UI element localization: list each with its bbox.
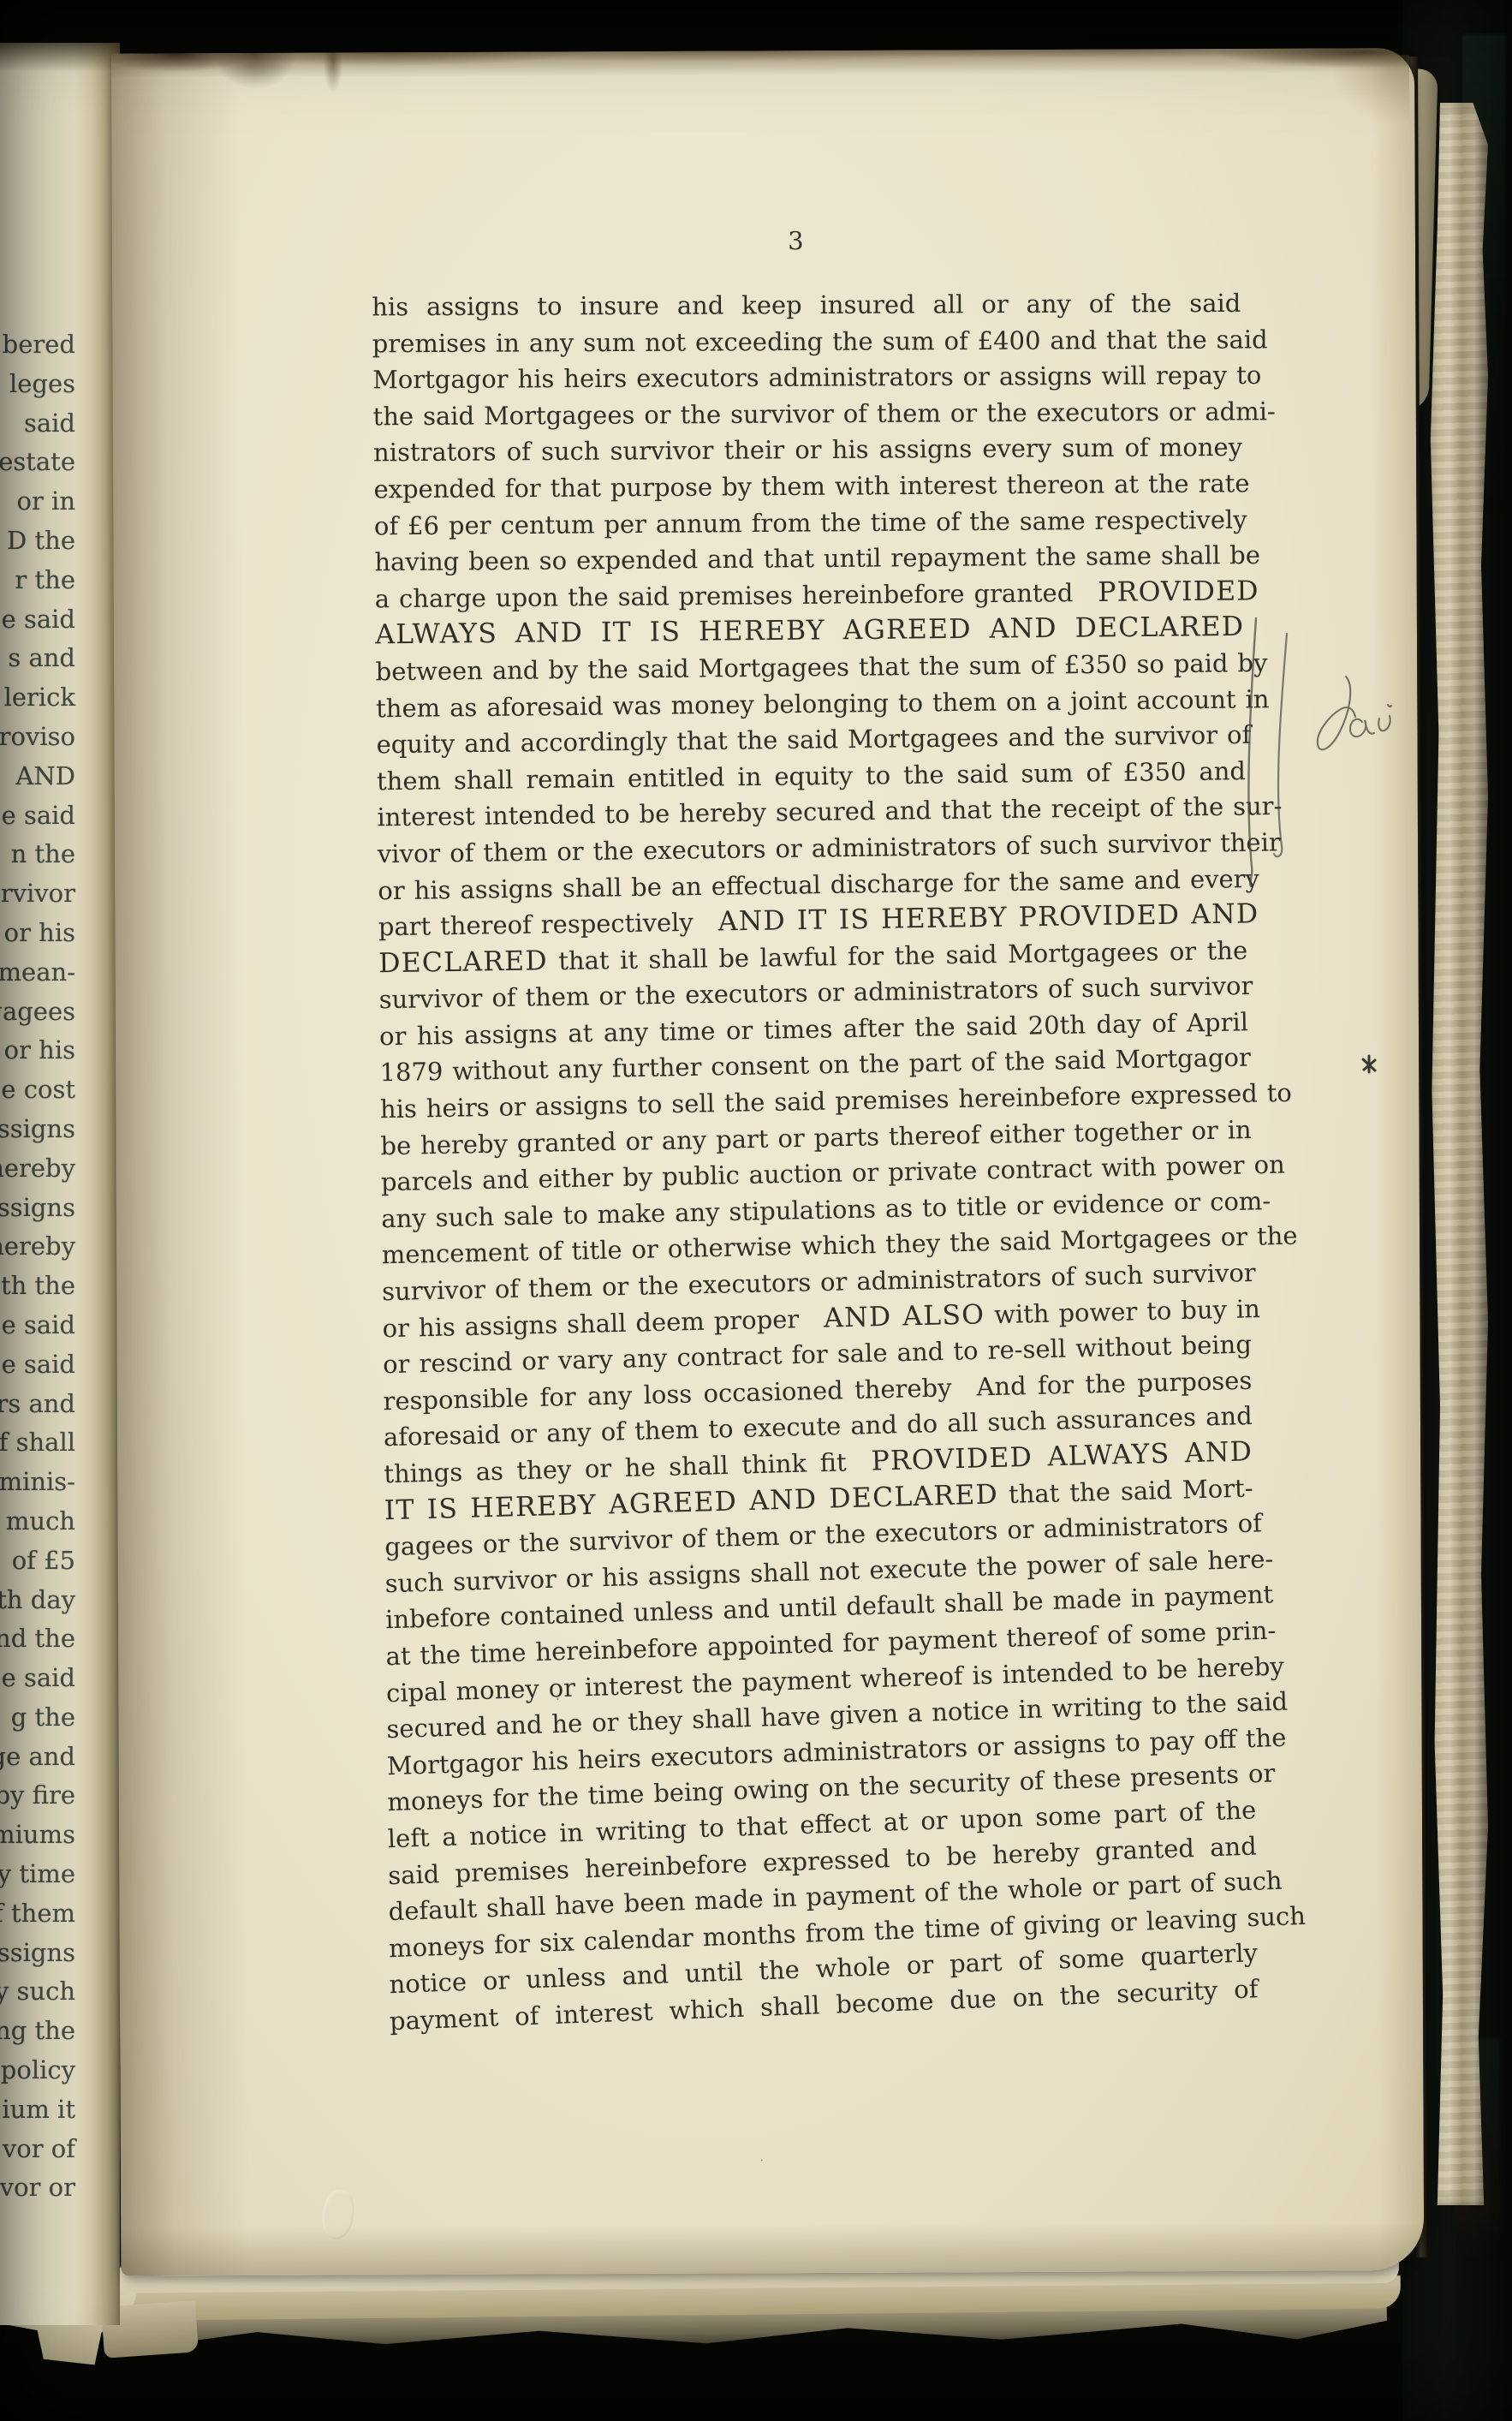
fragment-line: mean-: [0, 953, 79, 993]
fragment-line: much: [0, 1502, 79, 1541]
text-line: his assigns to insure and keep insured a…: [372, 285, 1241, 325]
fragment-line: hereby: [0, 1149, 79, 1189]
caps-phrase: AND ALSO: [824, 1299, 985, 1333]
caps-phrase: PROVIDED: [1098, 575, 1259, 608]
text-line: Mortgagor his heirs executors administra…: [372, 357, 1241, 398]
fragment-line: e said: [0, 796, 79, 836]
fragment-line: nd the: [0, 1619, 79, 1659]
text-line: nistrators of such survivor their or his…: [373, 429, 1242, 471]
fragment-line: leges: [0, 365, 79, 404]
fragment-line: or in: [0, 482, 79, 522]
caps-phrase: DECLARED: [378, 945, 548, 979]
fragment-line: roviso: [0, 718, 79, 757]
ink-speck: [1291, 1917, 1294, 1919]
fragment-line: ge and: [0, 1738, 79, 1777]
fragment-line: gagees: [0, 993, 79, 1032]
previous-page-text-fragments: beredlegessaidestateor inD ther thee sai…: [0, 325, 79, 2208]
fragment-line: e said: [0, 600, 79, 640]
fragment-line: estate: [0, 443, 79, 482]
fragment-line: or his: [0, 914, 79, 953]
fragment-line: r the: [0, 561, 79, 600]
ink-speck: [557, 1697, 558, 1700]
fragment-line: g the: [0, 1698, 79, 1738]
fragment-line: ssigns: [0, 1189, 79, 1228]
fragment-line: ng the: [0, 2012, 79, 2051]
fragment-line: AND: [0, 757, 79, 796]
fragment-line: said: [0, 404, 79, 444]
body-text: his assigns to insure and keep insured a…: [372, 285, 1248, 2040]
fragment-line: by fire: [0, 1776, 79, 1816]
fragment-line: policy: [0, 2051, 79, 2090]
fragment-line: n the: [0, 835, 79, 874]
fragment-line: or his: [0, 1031, 79, 1070]
corner-stain: [1272, 55, 1410, 176]
fragment-line: vor of: [0, 2130, 79, 2169]
fragment-line: lerick: [0, 678, 79, 718]
fragment-line: ium it: [0, 2090, 79, 2130]
caps-phrase: ALWAYS AND IT IS HEREBY AGREED AND DECLA…: [375, 611, 1244, 650]
fragment-line: e said: [0, 1306, 79, 1345]
fragment-line: hereby: [0, 1227, 79, 1267]
caps-phrase: AND IT IS HEREBY PROVIDED AND: [718, 898, 1259, 937]
document-page: 3 his assigns to insure and keep insured…: [111, 48, 1424, 2276]
fragment-line: miums: [0, 1816, 79, 1855]
text-line: premises in any sum not exceeding the su…: [372, 321, 1241, 361]
fragment-line: minis-: [0, 1463, 79, 1502]
fragment-line: y time: [0, 1855, 79, 1894]
fragment-line: e said: [0, 1659, 79, 1698]
fragment-line: ssigns: [0, 1110, 79, 1149]
fragment-line: f them: [0, 1894, 79, 1934]
fragment-line: f shall: [0, 1423, 79, 1463]
fragment-line: vor or: [0, 2168, 79, 2208]
ink-speck: [854, 1243, 857, 1245]
fragment-line: rs and: [0, 1385, 79, 1424]
blind-emboss-mark: [319, 2187, 356, 2240]
fragment-line: bered: [0, 325, 79, 365]
fragment-line: rvivor: [0, 874, 79, 914]
fragment-line: ry such: [0, 1972, 79, 2012]
ink-speck: [1039, 589, 1040, 591]
fragment-line: assigns: [0, 1934, 79, 1973]
previous-page-sliver: beredlegessaidestateor inD ther thee sai…: [0, 43, 120, 2325]
fragment-line: of £5: [0, 1541, 79, 1581]
fragment-line: th day: [0, 1581, 79, 1620]
top-edge-soot-stain: [111, 48, 1414, 93]
book-photo: beredlegessaidestateor inD ther thee sai…: [0, 0, 1512, 2421]
fragment-line: D the: [0, 522, 79, 561]
text-line: expended for that purpose by them with i…: [373, 465, 1242, 508]
text-line: the said Mortgagees or the survivor of t…: [373, 393, 1242, 434]
fragment-line: s and: [0, 639, 79, 678]
ink-speck: [761, 2159, 763, 2161]
fragment-line: e cost: [0, 1070, 79, 1110]
fragment-line: e said: [0, 1345, 79, 1385]
page-number: 3: [361, 224, 1230, 257]
fragment-line: th the: [0, 1267, 79, 1306]
